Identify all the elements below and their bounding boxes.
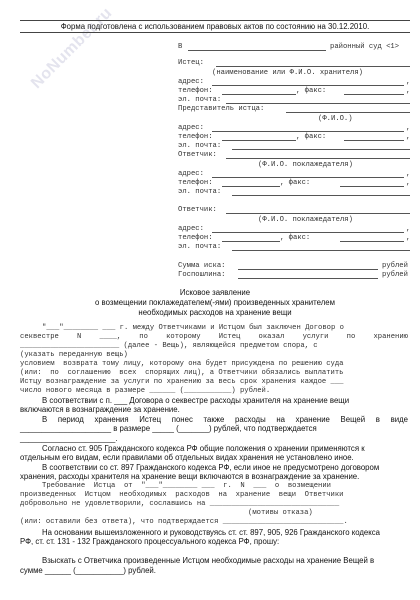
- address-label: адрес:: [178, 124, 204, 132]
- plaintiff-caption: (наименование или Ф.И.О. хранителя): [212, 69, 363, 77]
- email-label: эл. почта:: [178, 243, 221, 251]
- phone-label: телефон:: [178, 179, 213, 187]
- court-row: В районный суд <1>: [178, 43, 410, 52]
- defendant1-caption: (Ф.И.О. поклажедателя): [258, 161, 353, 169]
- comma: ,: [406, 133, 410, 141]
- comma: ,: [406, 170, 410, 178]
- p6-line-4: (или: оставили без ответа), что подтверж…: [20, 518, 348, 526]
- fee-field[interactable]: [238, 271, 378, 279]
- plaintiff-row: Истец:: [178, 59, 410, 68]
- p7-line-1: На основании вышеизложенного и руководст…: [42, 528, 380, 537]
- defendant1-fax-field[interactable]: [340, 179, 404, 187]
- p3-line-3: ______________________.: [20, 434, 118, 443]
- comma: ,: [406, 124, 410, 132]
- plaintiff-email-field[interactable]: [226, 96, 410, 104]
- phone-label: телефон:: [178, 234, 213, 242]
- fee-row: Госпошлина: рублей: [178, 271, 410, 280]
- phone-label: телефон:: [178, 87, 213, 95]
- address-label: адрес:: [178, 170, 204, 178]
- defendant1-phone-row: телефон: , факс: ,: [178, 179, 410, 188]
- defendant-label: Ответчик:: [178, 151, 217, 159]
- p5-line-2: хранения, расходы хранителя на хранение …: [20, 472, 359, 481]
- fax-label: , факс:: [296, 133, 326, 141]
- representative-address-field[interactable]: [212, 124, 404, 132]
- representative-phone-field[interactable]: [222, 133, 296, 141]
- p8-line-1: Взыскать с Ответчика произведенные Истцо…: [42, 556, 374, 565]
- p1-line-5: условием возврата тому лицу, которому он…: [20, 360, 344, 368]
- representative-caption: (Ф.И.О.): [318, 115, 353, 123]
- rubles-label: рублей: [382, 271, 408, 279]
- p1-line-3: _______________________ (далее - Вещь), …: [20, 342, 318, 350]
- p1-line-6: (или: по соглашению всех спорящих лиц), …: [20, 369, 344, 377]
- title-line-2: о возмещении поклажедателем(-ями) произв…: [20, 298, 410, 308]
- court-name-field[interactable]: [188, 43, 326, 51]
- p7-line-2: РФ, ст. ст. 131 - 132 Гражданского проце…: [20, 537, 279, 546]
- watermark: NoNumber.ru: [28, 4, 116, 92]
- p8-line-2: сумме ______ (___________) рублей.: [20, 566, 156, 575]
- representative-field[interactable]: [286, 105, 410, 113]
- p2-line-2: включаются в вознаграждение за хранение.: [20, 405, 180, 414]
- fax-label: , факс:: [296, 87, 326, 95]
- defendant1-phone-field[interactable]: [222, 179, 280, 187]
- representative-label: Представитель истца:: [178, 105, 264, 113]
- defendant1-email-field[interactable]: [232, 188, 410, 196]
- p1-line-1: "___"________ ___ г. между Ответчиками и…: [42, 324, 344, 332]
- email-label: эл. почта:: [178, 188, 221, 196]
- defendant2-address-field[interactable]: [212, 225, 404, 233]
- defendant2-fax-field[interactable]: [340, 234, 404, 242]
- refusal-reason-caption: (мотивы отказа): [248, 509, 313, 517]
- claim-sum-field[interactable]: [238, 262, 378, 270]
- phone-label: телефон:: [178, 133, 213, 141]
- p3-line-2: _____________________ в размере _____ (_…: [20, 424, 317, 433]
- rubles-label: рублей: [382, 262, 408, 270]
- comma: ,: [406, 225, 410, 233]
- fee-label: Госпошлина:: [178, 271, 225, 279]
- comma: ,: [406, 179, 410, 187]
- fax-label: , факс:: [280, 234, 310, 242]
- defendant1-field[interactable]: [226, 151, 410, 159]
- comma: ,: [406, 234, 410, 242]
- defendant2-email-field[interactable]: [232, 243, 410, 251]
- p5-line-1: В соответствии со ст. 897 Гражданского к…: [42, 463, 379, 472]
- representative-address-row: адрес: ,: [178, 124, 410, 133]
- p4-line-1: Согласно ст. 905 Гражданского кодекса РФ…: [42, 444, 365, 453]
- p1-line-8: число нового месяца в размере ______ (__…: [20, 387, 270, 395]
- form-note: Форма подготовлена с использованием прав…: [20, 22, 410, 31]
- p6-line-1: Требование Истца от "___"________ ___ г.…: [42, 482, 331, 490]
- p1-line-4: (указать переданную вещь): [20, 351, 128, 359]
- court-suffix: районный суд <1>: [330, 43, 399, 51]
- plaintiff-field[interactable]: [216, 59, 410, 67]
- defendant2-phone-field[interactable]: [222, 234, 280, 242]
- defendant1-row: Ответчик:: [178, 151, 410, 160]
- defendant2-address-row: адрес: ,: [178, 225, 410, 234]
- email-label: эл. почта:: [178, 142, 221, 150]
- defendant2-field[interactable]: [226, 206, 410, 214]
- document-title: Исковое заявление о возмещении поклажеда…: [20, 288, 410, 318]
- title-line-3: необходимых расходов на хранение вещи: [20, 308, 410, 318]
- form-note-band: Форма подготовлена с использованием прав…: [20, 20, 410, 33]
- representative-phone-row: телефон: , факс: ,: [178, 133, 410, 142]
- title-line-1: Исковое заявление: [20, 288, 410, 298]
- defendant1-email-row: эл. почта:: [178, 188, 410, 197]
- email-label: эл. почта:: [178, 96, 221, 104]
- plaintiff-phone-field[interactable]: [222, 87, 296, 95]
- representative-email-row: эл. почта:: [178, 142, 410, 151]
- fax-label: , факс:: [280, 179, 310, 187]
- plaintiff-email-row: эл. почта:: [178, 96, 410, 105]
- comma: ,: [406, 87, 410, 95]
- defendant2-row: Ответчик:: [178, 206, 410, 215]
- defendant2-email-row: эл. почта:: [178, 243, 410, 252]
- p2-line-1: В соответствии с п. ___ Договора о секве…: [42, 396, 349, 405]
- defendant1-address-field[interactable]: [212, 170, 404, 178]
- claim-sum-row: Сумма иска: рублей: [178, 262, 410, 271]
- p6-line-2: произведенных Истцом необходимых расходо…: [20, 491, 344, 499]
- defendant-label: Ответчик:: [178, 206, 217, 214]
- address-label: адрес:: [178, 225, 204, 233]
- representative-row: Представитель истца:: [178, 105, 410, 114]
- p1-line-7: Истцу вознаграждение за услуги по хранен…: [20, 378, 344, 386]
- representative-fax-field[interactable]: [344, 133, 404, 141]
- address-label: адрес:: [178, 78, 204, 86]
- comma: ,: [406, 78, 410, 86]
- plaintiff-address-row: адрес: ,: [178, 78, 410, 87]
- p1-line-2: секвестре N ____, по которому Истец оказ…: [20, 333, 408, 341]
- defendant1-address-row: адрес: ,: [178, 170, 410, 179]
- plaintiff-address-field[interactable]: [212, 78, 404, 86]
- defendant2-phone-row: телефон: , факс: ,: [178, 234, 410, 243]
- plaintiff-fax-field[interactable]: [344, 87, 404, 95]
- plaintiff-label: Истец:: [178, 59, 204, 67]
- p3-line-1: В период хранения Истец понес также расх…: [42, 415, 408, 424]
- plaintiff-phone-row: телефон: , факс: ,: [178, 87, 410, 96]
- claim-sum-label: Сумма иска:: [178, 262, 225, 270]
- defendant2-caption: (Ф.И.О. поклажедателя): [258, 216, 353, 224]
- court-prefix: В: [178, 43, 182, 51]
- p4-line-2: отдельным его видам, если правилами об о…: [20, 453, 354, 462]
- representative-email-field[interactable]: [232, 142, 410, 150]
- p6-line-3: добровольно не удовлетворили, сославшись…: [20, 500, 339, 508]
